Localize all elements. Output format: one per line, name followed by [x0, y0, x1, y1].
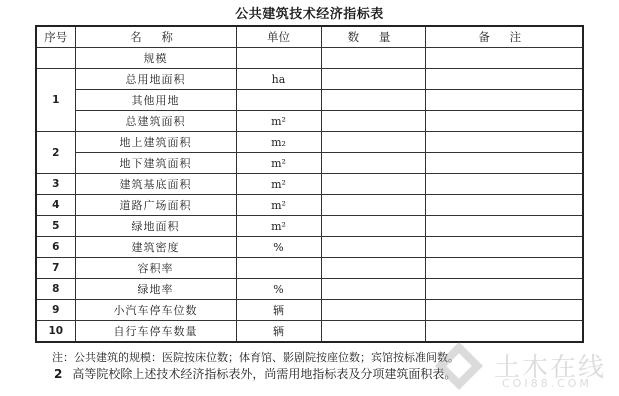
notes: 注：公共建筑的规模：医院按床位数；体育馆、影剧院按座位数；宾馆按标准间数。 2高… — [52, 349, 459, 383]
cell-remark — [425, 300, 583, 321]
cell-qty — [321, 195, 425, 216]
cell-qty — [321, 111, 425, 132]
cell-qty — [321, 174, 425, 195]
note-2-number: 2 — [54, 367, 62, 381]
cell-qty — [321, 258, 425, 279]
cell-name: 规模 — [75, 48, 236, 69]
cell-remark — [425, 279, 583, 300]
cell-qty — [321, 132, 425, 153]
cell-name: 建筑密度 — [75, 237, 236, 258]
table-row: 7 容积率 — [36, 258, 583, 279]
cell-qty — [321, 300, 425, 321]
cell-qty — [321, 90, 425, 111]
cell-no: 7 — [36, 258, 75, 279]
cell-remark — [425, 174, 583, 195]
cell-remark — [425, 321, 583, 343]
cell-unit — [236, 48, 321, 69]
cell-qty — [321, 237, 425, 258]
cell-qty — [321, 69, 425, 90]
table-row: 总建筑面积 m² — [36, 111, 583, 132]
cell-name: 建筑基底面积 — [75, 174, 236, 195]
table-row: 规模 — [36, 48, 583, 69]
table-row: 2 地上建筑面积 m₂ — [36, 132, 583, 153]
cell-no: 2 — [36, 132, 75, 174]
cell-no — [36, 48, 75, 69]
cell-remark — [425, 237, 583, 258]
cell-no: 4 — [36, 195, 75, 216]
note-2: 2高等院校除上述技术经济指标表外，尚需用地指标表及分项建筑面积表。 — [52, 366, 459, 383]
table-title: 公共建筑技术经济指标表 — [0, 3, 619, 22]
cell-name: 绿地面积 — [75, 216, 236, 237]
cell-no: 8 — [36, 279, 75, 300]
table-row: 10 自行车停车数量 辆 — [36, 321, 583, 343]
cell-unit: m₂ — [236, 132, 321, 153]
note-1: 注：公共建筑的规模：医院按床位数；体育馆、影剧院按座位数；宾馆按标准间数。 — [52, 349, 459, 366]
cell-remark — [425, 48, 583, 69]
cell-remark — [425, 216, 583, 237]
cell-unit: m² — [236, 111, 321, 132]
table-row: 1 总用地面积 ha — [36, 69, 583, 90]
cell-qty — [321, 279, 425, 300]
cell-remark — [425, 153, 583, 174]
table-row: 6 建筑密度 % — [36, 237, 583, 258]
table-row: 5 绿地面积 m² — [36, 216, 583, 237]
cell-remark — [425, 111, 583, 132]
table-header-row: 序号 名 称 单位 数 量 备 注 — [36, 26, 583, 48]
header-no: 序号 — [36, 26, 75, 48]
cell-name: 总用地面积 — [75, 69, 236, 90]
cell-name: 容积率 — [75, 258, 236, 279]
header-unit: 单位 — [236, 26, 321, 48]
cell-unit: 辆 — [236, 300, 321, 321]
cell-unit — [236, 258, 321, 279]
watermark: 土木在线 COI88.COM — [432, 347, 612, 393]
cell-name: 地下建筑面积 — [75, 153, 236, 174]
cell-name: 自行车停车数量 — [75, 321, 236, 343]
cell-no: 3 — [36, 174, 75, 195]
header-name: 名 称 — [75, 26, 236, 48]
cell-remark — [425, 69, 583, 90]
cell-no: 5 — [36, 216, 75, 237]
indicator-table: 序号 名 称 单位 数 量 备 注 规模 1 总用地面积 ha 其他用地 总建筑… — [35, 25, 584, 343]
cell-name: 其他用地 — [75, 90, 236, 111]
cell-unit: m² — [236, 153, 321, 174]
cell-name: 绿地率 — [75, 279, 236, 300]
cell-remark — [425, 90, 583, 111]
table-row: 8 绿地率 % — [36, 279, 583, 300]
watermark-subtext: COI88.COM — [502, 377, 592, 390]
cell-no: 9 — [36, 300, 75, 321]
cell-unit: % — [236, 279, 321, 300]
cell-unit: m² — [236, 174, 321, 195]
cell-unit: m² — [236, 216, 321, 237]
watermark-logo-icon — [435, 342, 483, 390]
table-row: 地下建筑面积 m² — [36, 153, 583, 174]
cell-unit — [236, 90, 321, 111]
cell-remark — [425, 258, 583, 279]
header-qty: 数 量 — [321, 26, 425, 48]
cell-remark — [425, 195, 583, 216]
cell-remark — [425, 132, 583, 153]
cell-name: 地上建筑面积 — [75, 132, 236, 153]
cell-no: 1 — [36, 69, 75, 132]
cell-no: 6 — [36, 237, 75, 258]
table-row: 4 道路广场面积 m² — [36, 195, 583, 216]
cell-name: 小汽车停车位数 — [75, 300, 236, 321]
cell-unit: 辆 — [236, 321, 321, 343]
cell-qty — [321, 216, 425, 237]
cell-unit: ha — [236, 69, 321, 90]
cell-no: 10 — [36, 321, 75, 343]
cell-name: 道路广场面积 — [75, 195, 236, 216]
table-row: 3 建筑基底面积 m² — [36, 174, 583, 195]
cell-unit: m² — [236, 195, 321, 216]
header-remark: 备 注 — [425, 26, 583, 48]
cell-qty — [321, 153, 425, 174]
cell-name: 总建筑面积 — [75, 111, 236, 132]
table-row: 9 小汽车停车位数 辆 — [36, 300, 583, 321]
cell-unit: % — [236, 237, 321, 258]
note-2-text: 高等院校除上述技术经济指标表外，尚需用地指标表及分项建筑面积表。 — [72, 367, 456, 381]
cell-qty — [321, 48, 425, 69]
table-row: 其他用地 — [36, 90, 583, 111]
cell-qty — [321, 321, 425, 343]
